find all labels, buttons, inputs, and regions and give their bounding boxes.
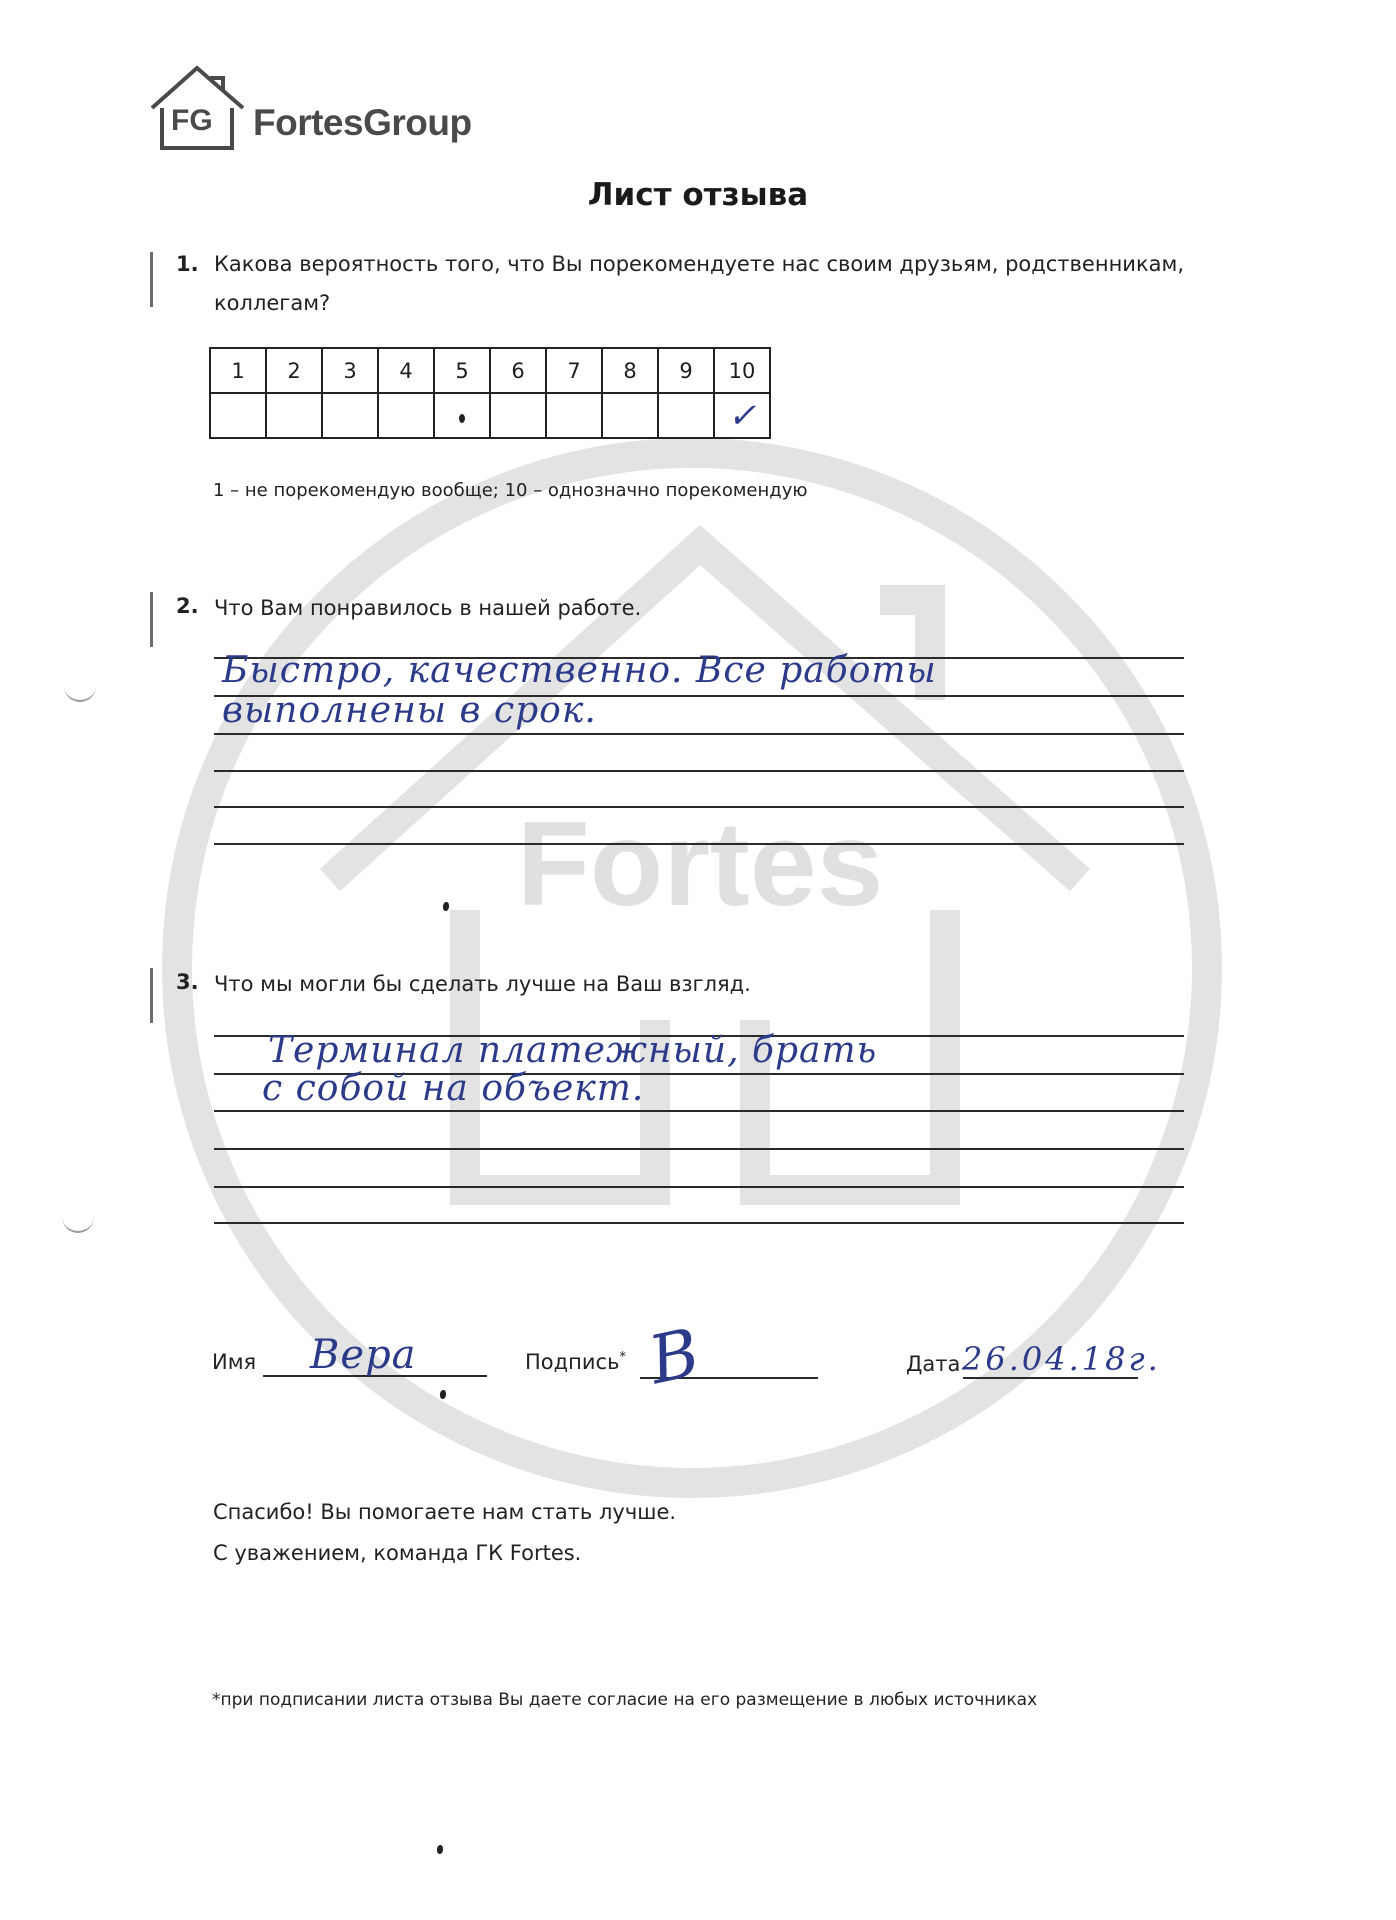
recommendation-scale: 12345678910 ✓ <box>209 347 771 439</box>
answer-line <box>214 843 1184 845</box>
scale-option-label: 3 <box>322 348 378 393</box>
question-1-line-2: коллегам? <box>214 284 1184 323</box>
scale-option-cell-7[interactable] <box>546 393 602 438</box>
answer-line <box>214 1222 1184 1224</box>
scale-option-label: 5 <box>434 348 490 393</box>
question-marker <box>150 252 153 307</box>
signature-value[interactable]: В <box>643 1314 707 1400</box>
scale-option-label: 7 <box>546 348 602 393</box>
scan-speck <box>443 902 449 911</box>
question-2-answer-line-1[interactable]: Быстро, качественно. Все работы <box>222 650 937 691</box>
question-2-answer-line-2[interactable]: выполнены в срок. <box>222 690 597 731</box>
scale-option-cell-6[interactable] <box>490 393 546 438</box>
scale-option-cell-10[interactable]: ✓ <box>714 393 770 438</box>
question-1-number: 1. <box>176 252 199 276</box>
answer-line <box>214 1110 1184 1112</box>
scale-option-label: 6 <box>490 348 546 393</box>
scale-option-cell-3[interactable] <box>322 393 378 438</box>
question-3-answer-line-1[interactable]: Терминал платежный, брать <box>268 1030 877 1071</box>
check-mark-icon: ✓ <box>728 396 757 436</box>
logo-badge: FG <box>171 104 213 138</box>
thanks-line-2: С уважением, команда ГК Fortes. <box>213 1541 581 1565</box>
question-3-answer-line-2[interactable]: с собой на объект. <box>262 1068 644 1109</box>
scale-option-label: 4 <box>378 348 434 393</box>
logo-name: FortesGroup <box>253 102 472 144</box>
scale-option-label: 10 <box>714 348 770 393</box>
scan-speck <box>459 414 465 423</box>
scale-note: 1 – не порекомендую вообще; 10 – однозна… <box>213 480 808 501</box>
thanks-line-1: Спасибо! Вы помогаете нам стать лучше. <box>213 1500 676 1524</box>
question-marker <box>150 592 153 647</box>
company-logo: FG <box>148 60 258 152</box>
question-2-number: 2. <box>176 594 199 618</box>
watermark-text: Fortes <box>517 797 884 931</box>
punch-hole-mark <box>64 684 96 702</box>
footnote: *при подписании листа отзыва Вы даете со… <box>212 1690 1037 1710</box>
scale-option-cell-8[interactable] <box>602 393 658 438</box>
date-value[interactable]: 26.04.18г. <box>962 1340 1161 1378</box>
answer-line <box>214 1186 1184 1188</box>
scale-option-cell-2[interactable] <box>266 393 322 438</box>
answer-line <box>214 733 1184 735</box>
question-3-number: 3. <box>176 970 199 994</box>
scan-speck <box>440 1390 446 1399</box>
scale-option-label: 9 <box>658 348 714 393</box>
question-3-text: Что мы могли бы сделать лучше на Ваш взг… <box>214 965 751 1004</box>
signature-asterisk: * <box>619 1350 626 1365</box>
answer-line <box>214 770 1184 772</box>
question-marker <box>150 968 153 1023</box>
date-label: Дата <box>906 1352 960 1376</box>
scale-option-cell-5[interactable] <box>434 393 490 438</box>
scale-option-cell-9[interactable] <box>658 393 714 438</box>
page-title: Лист отзыва <box>0 177 1396 213</box>
scan-speck <box>437 1845 443 1854</box>
answer-line <box>214 806 1184 808</box>
question-1-text: Какова вероятность того, что Вы порекоме… <box>214 245 1184 323</box>
name-value[interactable]: Вера <box>310 1332 417 1378</box>
question-2-text: Что Вам понравилось в нашей работе. <box>214 589 641 628</box>
answer-line <box>214 1148 1184 1150</box>
scale-option-label: 8 <box>602 348 658 393</box>
signature-label: Подпись* <box>525 1350 626 1374</box>
scale-option-label: 2 <box>266 348 322 393</box>
signature-label-text: Подпись <box>525 1350 619 1374</box>
scale-option-label: 1 <box>210 348 266 393</box>
scale-option-cell-4[interactable] <box>378 393 434 438</box>
scale-option-cell-1[interactable] <box>210 393 266 438</box>
name-label: Имя <box>212 1350 256 1374</box>
punch-hole-mark <box>62 1215 94 1233</box>
question-1-line-1: Какова вероятность того, что Вы порекоме… <box>214 245 1184 284</box>
